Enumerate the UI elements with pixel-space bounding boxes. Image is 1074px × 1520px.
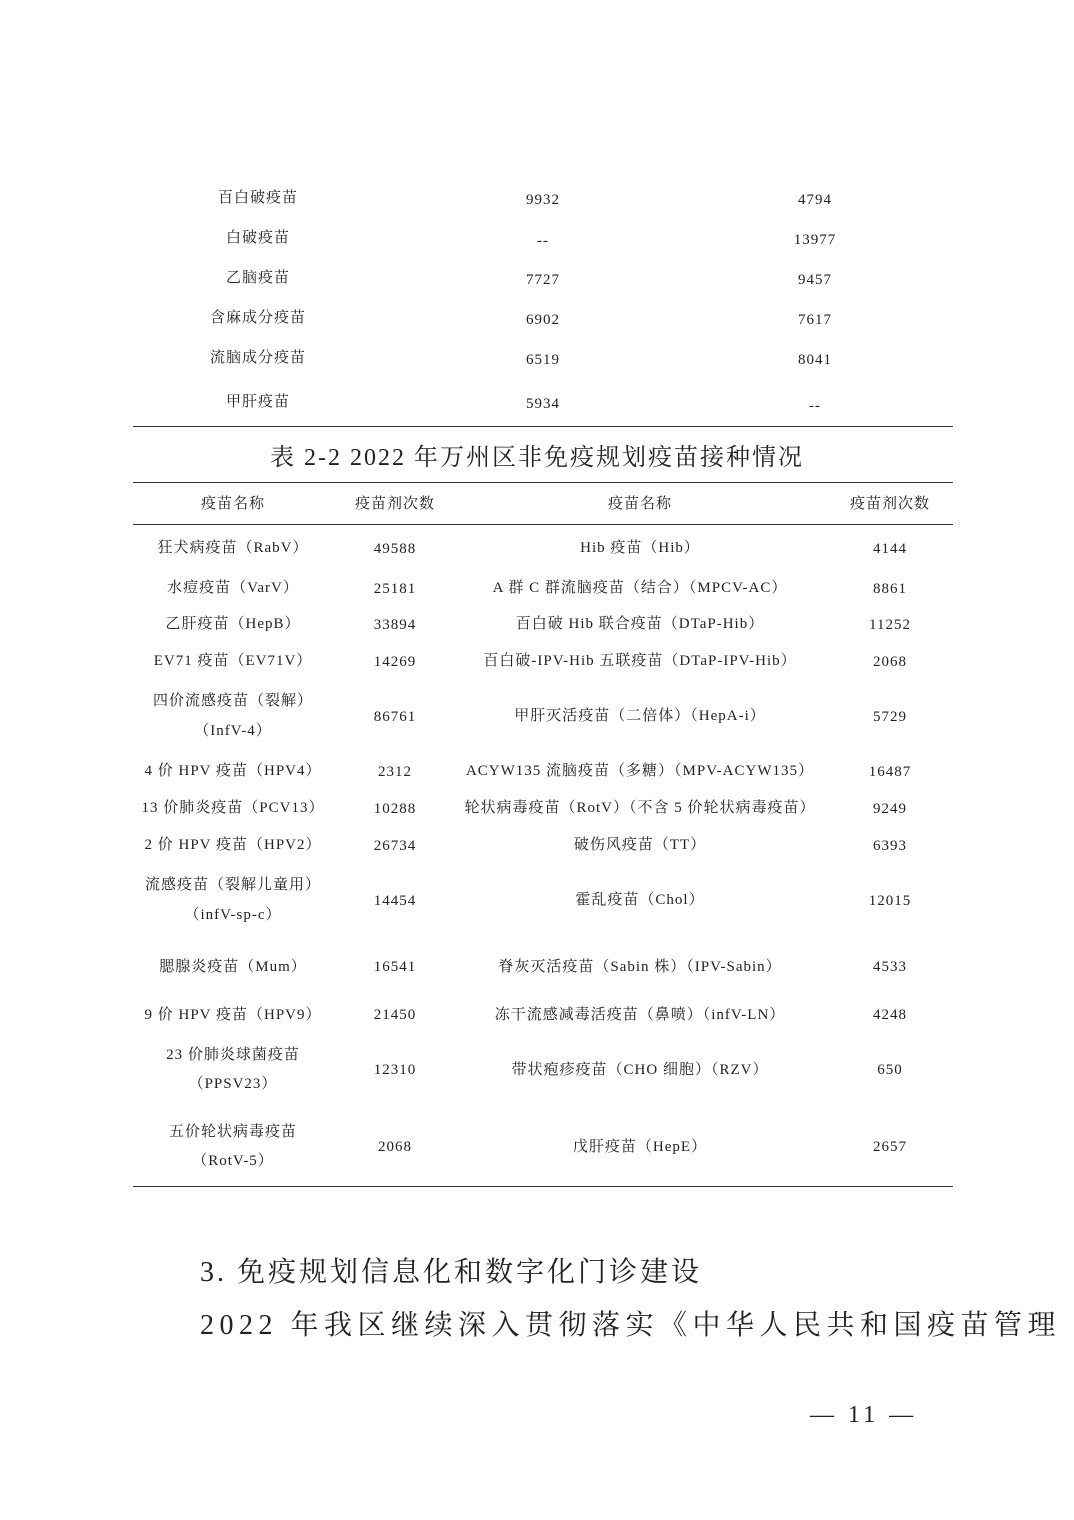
prev-row-value2: 13977	[755, 225, 875, 255]
row-value: 2068	[335, 1132, 455, 1162]
row-name-abbr: （PPSV23）	[133, 1069, 333, 1099]
row-value: 86761	[335, 702, 455, 732]
row-name: 五价轮状病毒疫苗	[133, 1117, 333, 1147]
table-end-rule	[133, 1186, 953, 1187]
row-name: 4 价 HPV 疫苗（HPV4）	[133, 756, 333, 786]
row-value: 16487	[830, 757, 950, 787]
row-value: 26734	[335, 831, 455, 861]
section-heading: 3. 免疫规划信息化和数字化门诊建设	[200, 1250, 702, 1290]
prev-row-value1: 7727	[483, 265, 603, 295]
row-name: 2 价 HPV 疫苗（HPV2）	[133, 830, 333, 860]
prev-row-value1: 9932	[483, 185, 603, 215]
row-name: 冻干流感减毒活疫苗（鼻喷）（infV-LN）	[440, 1000, 840, 1030]
row-value: 21450	[335, 1000, 455, 1030]
row-name: 流感疫苗（裂解儿童用）	[133, 870, 333, 900]
row-name: 甲肝灭活疫苗（二倍体）（HepA-i）	[440, 701, 840, 731]
row-value: 4533	[830, 952, 950, 982]
header-dose-count: 疫苗剂次数	[335, 489, 455, 519]
prev-row-name: 甲肝疫苗	[183, 387, 333, 417]
row-value: 4248	[830, 1000, 950, 1030]
row-value: 2657	[830, 1132, 950, 1162]
row-name-abbr: （RotV-5）	[133, 1146, 333, 1176]
header-dose-count: 疫苗剂次数	[830, 489, 950, 519]
row-name: 戊肝疫苗（HepE）	[440, 1132, 840, 1162]
prev-row-name: 流脑成分疫苗	[183, 343, 333, 373]
row-value: 8861	[830, 574, 950, 604]
prev-row-value2: 9457	[755, 265, 875, 295]
row-value: 5729	[830, 702, 950, 732]
row-name: 破伤风疫苗（TT）	[440, 830, 840, 860]
row-value: 2312	[335, 757, 455, 787]
prev-row-value1: 5934	[483, 389, 603, 419]
row-name: 23 价肺炎球菌疫苗	[133, 1040, 333, 1070]
row-name: 9 价 HPV 疫苗（HPV9）	[133, 1000, 333, 1030]
row-value: 4144	[830, 534, 950, 564]
prev-row-name: 百白破疫苗	[183, 183, 333, 213]
prev-row-value2: 7617	[755, 305, 875, 335]
table-bottom-rule	[133, 426, 953, 427]
row-value: 10288	[335, 794, 455, 824]
row-value: 12310	[335, 1055, 455, 1085]
row-name: 水痘疫苗（VarV）	[133, 573, 333, 603]
row-value: 33894	[335, 610, 455, 640]
prev-row-value2: 4794	[755, 185, 875, 215]
prev-row-value2: --	[755, 391, 875, 421]
prev-row-value1: 6519	[483, 345, 603, 375]
row-value: 11252	[830, 610, 950, 640]
table-top-rule	[133, 482, 953, 483]
row-value: 49588	[335, 534, 455, 564]
row-value: 14454	[335, 886, 455, 916]
row-name: 四价流感疫苗（裂解）	[133, 686, 333, 716]
prev-row-value1: 6902	[483, 305, 603, 335]
table-title: 表 2-2 2022 年万州区非免疫规划疫苗接种情况	[0, 437, 1074, 472]
row-name: 百白破-IPV-Hib 五联疫苗（DTaP-IPV-Hib）	[440, 646, 840, 676]
row-name: EV71 疫苗（EV71V）	[133, 646, 333, 676]
row-name: A 群 C 群流脑疫苗（结合）（MPCV-AC）	[440, 573, 840, 603]
row-name: 轮状病毒疫苗（RotV）（不含 5 价轮状病毒疫苗）	[440, 793, 840, 823]
row-name: 霍乱疫苗（Chol）	[440, 885, 840, 915]
prev-row-value1: --	[483, 226, 603, 256]
row-name: 脊灰灭活疫苗（Sabin 株）（IPV-Sabin）	[440, 952, 840, 982]
row-name-abbr: （InfV-4）	[133, 716, 333, 746]
prev-row-name: 含麻成分疫苗	[183, 303, 333, 333]
row-value: 2068	[830, 647, 950, 677]
row-name: 乙肝疫苗（HepB）	[133, 609, 333, 639]
header-vaccine-name: 疫苗名称	[440, 489, 840, 519]
row-name: ACYW135 流脑疫苗（多糖）（MPV-ACYW135）	[440, 756, 840, 786]
row-name: 狂犬病疫苗（RabV）	[133, 533, 333, 563]
page-number: — 11 —	[810, 1402, 917, 1429]
row-value: 650	[830, 1055, 950, 1085]
row-name: 腮腺炎疫苗（Mum）	[133, 952, 333, 982]
prev-row-value2: 8041	[755, 345, 875, 375]
prev-row-name: 白破疫苗	[183, 223, 333, 253]
table-header-rule	[133, 524, 953, 525]
row-name: 13 价肺炎疫苗（PCV13）	[133, 793, 333, 823]
row-value: 12015	[830, 886, 950, 916]
row-value: 16541	[335, 952, 455, 982]
row-name: 百白破 Hib 联合疫苗（DTaP-Hib）	[440, 609, 840, 639]
section-paragraph: 2022 年我区继续深入贯彻落实《中华人民共和国疫苗管理	[200, 1303, 1061, 1343]
row-value: 25181	[335, 574, 455, 604]
row-value: 9249	[830, 794, 950, 824]
row-value: 6393	[830, 831, 950, 861]
row-name-abbr: （infV-sp-c）	[133, 900, 333, 930]
header-vaccine-name: 疫苗名称	[133, 489, 333, 519]
row-name: Hib 疫苗（Hib）	[440, 533, 840, 563]
row-value: 14269	[335, 647, 455, 677]
row-name: 带状疱疹疫苗（CHO 细胞）（RZV）	[440, 1055, 840, 1085]
prev-row-name: 乙脑疫苗	[183, 263, 333, 293]
